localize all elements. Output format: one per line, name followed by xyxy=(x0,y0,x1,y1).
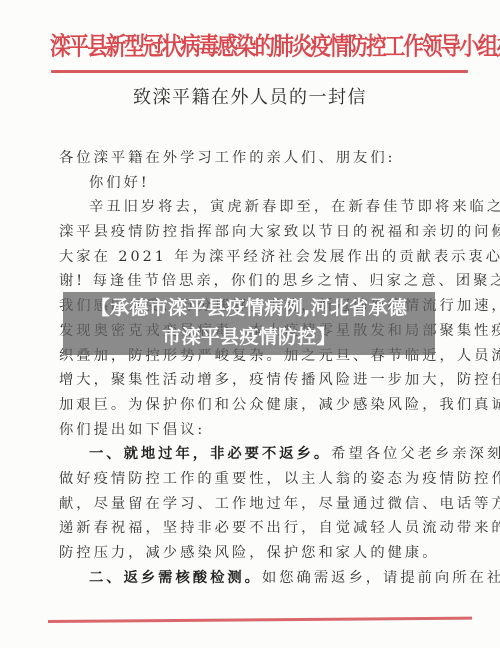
paragraph-line: 加艰巨。为保护你们和公众健康，减少感染风险，我们真诚地向 xyxy=(59,393,475,418)
greeting: 你们好! xyxy=(59,171,475,196)
letterhead-red-rule xyxy=(51,70,468,73)
letter-title: 致滦平籍在外人员的一封信 xyxy=(0,86,500,110)
paragraph-line: 滦平县疫情防控指挥部向大家致以节日的祝福和亲切的问候，对 xyxy=(59,220,475,245)
caption-line-1: 【承德市滦平县疫情病例,河北省承德 xyxy=(63,294,435,323)
letterhead-title: 滦平县新型冠状病毒感染的肺炎疫情防控工作领导小组办公室 xyxy=(50,31,465,62)
paragraph-line: 防控压力，减少感染风险，保护您和家人的健康。 xyxy=(59,541,475,566)
caption-overlay: 【承德市滦平县疫情病例,河北省承德 市滦平县疫情防控】 xyxy=(63,294,435,352)
paragraph-line: 大家在 2021 年为滦平经济社会发展作出的贡献表示衷心的感 xyxy=(59,245,475,270)
salutation: 各位滦平籍在外学习工作的亲人们、朋友们: xyxy=(59,146,475,171)
paragraph-line: 做好疫情防控工作的重要性，以主人翁的姿态为疫情防控作贡 xyxy=(59,467,475,492)
paragraph-line: 递新春祝福，坚持非必要不出行，自觉减轻人员流动带来的疫情 xyxy=(59,516,475,541)
proposal-two-heading: 二、返乡需核酸检测。 xyxy=(89,570,262,586)
proposal-two: 二、返乡需核酸检测。如您确需返乡，请提前向所在社区、 xyxy=(59,566,475,591)
caption-line-2: 市滦平县疫情防控】 xyxy=(63,323,435,352)
letter-body: 各位滦平籍在外学习工作的亲人们、朋友们: 你们好! 辛丑旧岁将去，寅虎新春即至，… xyxy=(59,146,475,590)
proposal-one-text: 希望各位父老乡亲深刻认识 xyxy=(331,446,500,462)
paragraph-line: 你们提出如下倡议: xyxy=(59,418,475,443)
bottom-red-underline xyxy=(48,617,472,623)
document-page: 滦平县新型冠状病毒感染的肺炎疫情防控工作领导小组办公室 致滦平籍在外人员的一封信… xyxy=(0,0,500,648)
paragraph-line: 谢! 每逢佳节倍思亲，你们的思乡之情、归家之意、团聚之心， xyxy=(59,269,475,294)
proposal-two-text: 如您确需返乡，请提前向所在社区、 xyxy=(262,570,500,586)
paragraph-line: 献，尽量留在学习、工作地过年，尽量通过微信、电话等方式传 xyxy=(59,492,475,517)
proposal-one: 一、就地过年，非必要不返乡。希望各位父老乡亲深刻认识 xyxy=(59,442,475,467)
paragraph-line: 增大，聚集性活动增多，疫情传播风险进一步加大，防控任务更 xyxy=(59,368,475,393)
proposal-one-heading: 一、就地过年，非必要不返乡。 xyxy=(89,446,331,462)
paragraph-line: 辛丑旧岁将去，寅虎新春即至，在新春佳节即将来临之际， xyxy=(59,195,475,220)
